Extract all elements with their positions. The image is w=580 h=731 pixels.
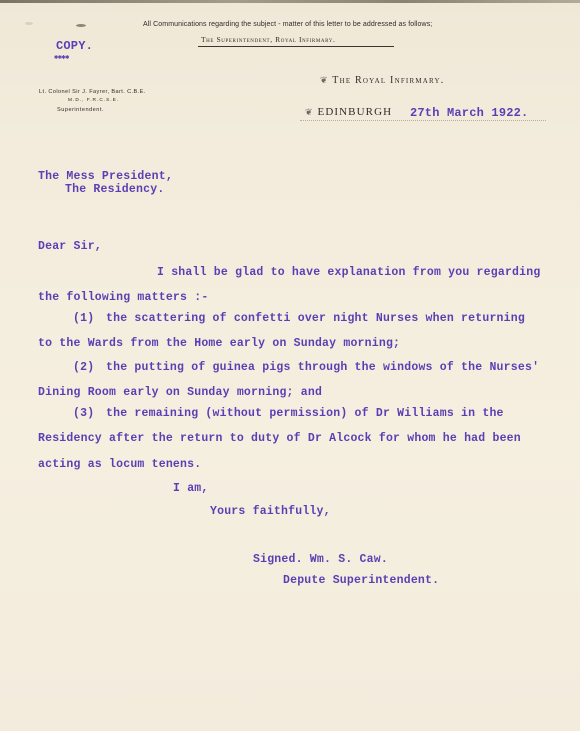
flourish-icon: ❦ (305, 107, 314, 117)
letterhead-address-to: The Superintendent, Royal Infirmary. (201, 35, 335, 44)
paper-smudge (25, 22, 33, 25)
paper-top-edge (0, 0, 580, 3)
item-2-line-1: the putting of guinea pigs through the w… (106, 361, 539, 374)
body-intro-line-1: I shall be glad to have explanation from… (157, 266, 540, 279)
superintendent-name: Lt. Colonel Sir J. Fayrer, Bart. C.B.E. (39, 89, 146, 95)
item-3-line-3: acting as locum tenens. (38, 458, 201, 471)
letterhead-notice: All Communications regarding the subject… (143, 21, 432, 28)
item-2-number: (2) (73, 361, 94, 374)
city-name: ❦ Edinburgh (305, 106, 392, 118)
recipient-line-1: The Mess President, (38, 170, 173, 183)
letterhead-underline (198, 46, 394, 47)
city-name-text: Edinburgh (318, 106, 393, 118)
item-1-line-2: to the Wards from the Home early on Sund… (38, 337, 400, 350)
paper-smudge (76, 24, 86, 27)
flourish-icon: ❦ (320, 75, 329, 85)
institution-name: ❦ The Royal Infirmary. (320, 75, 444, 86)
salutation: Dear Sir, (38, 240, 102, 253)
item-3-line-1: the remaining (without permission) of Dr… (106, 407, 504, 420)
closing-line-1: I am, (173, 482, 209, 495)
copy-stamp: COPY. (56, 39, 93, 53)
item-2-line-2: Dining Room early on Sunday morning; and (38, 386, 322, 399)
signature-signed: Signed. Wm. S. Caw. (253, 553, 388, 566)
recipient-line-2: The Residency. (65, 183, 164, 196)
item-1-number: (1) (73, 312, 94, 325)
closing-line-2: Yours faithfully, (210, 505, 331, 518)
copy-stamp-decoration: ✱✱✱✱ (54, 53, 69, 62)
superintendent-qualifications: M.D., F.R.C.S.E. (68, 98, 119, 103)
item-3-line-2: Residency after the return to duty of Dr… (38, 432, 521, 445)
signature-title: Depute Superintendent. (283, 574, 439, 587)
letter-page: All Communications regarding the subject… (0, 0, 580, 731)
date-dotted-line (300, 120, 546, 121)
institution-name-text: The Royal Infirmary. (332, 75, 444, 86)
item-1-line-1: the scattering of confetti over night Nu… (106, 312, 525, 325)
superintendent-title: Superintendent. (57, 107, 104, 113)
item-3-number: (3) (73, 407, 94, 420)
body-intro-line-2: the following matters :- (38, 291, 208, 304)
letter-date: 27th March 1922. (410, 106, 528, 120)
